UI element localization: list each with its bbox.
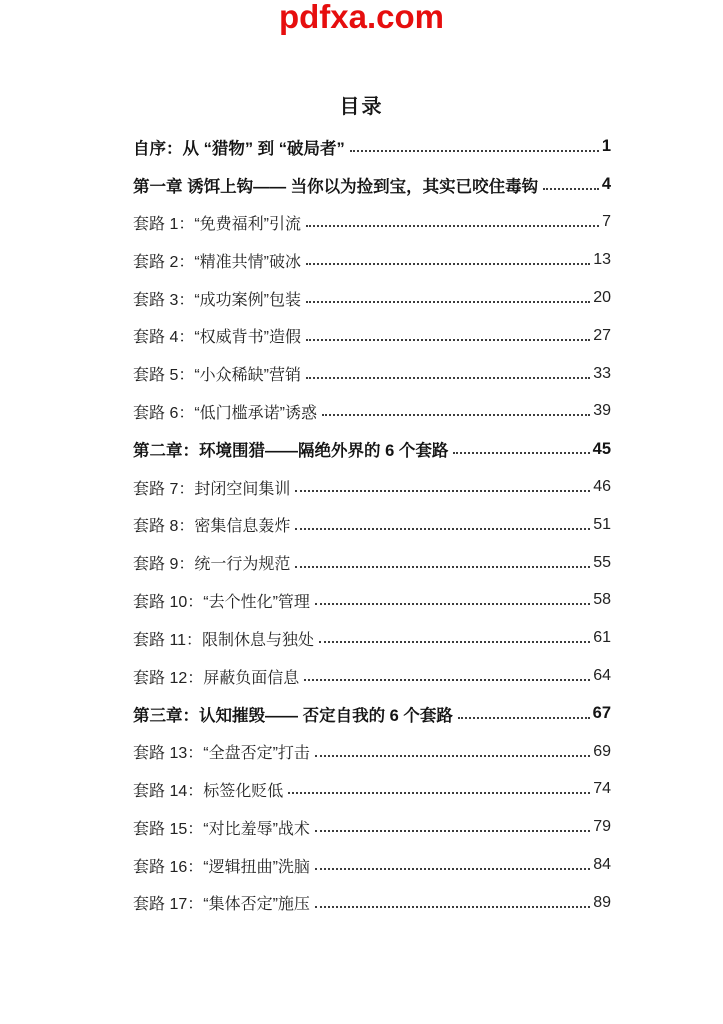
dot-leader [322,414,590,416]
toc-entry-page-number: 89 [593,894,611,912]
toc-entry[interactable]: 自序：从 “猎物” 到 “破局者” 1 [133,128,611,166]
toc-entry[interactable]: 套路 16：“逻辑扭曲”洗脑 84 [133,846,611,884]
toc-entry[interactable]: 套路 3：“成功案例”包装 20 [133,279,611,317]
toc-entry-title: 套路 1：“免费福利”引流 [133,211,301,234]
toc-entry-title: 套路 14：标签化贬低 [133,778,283,801]
dot-leader [543,188,599,190]
toc-entry-title: 套路 7：封闭空间集训 [133,476,290,499]
toc-entry-page-number: 20 [593,289,611,307]
dot-leader [315,868,590,870]
toc-entry-page-number: 45 [593,440,611,459]
toc-entry[interactable]: 套路 7：封闭空间集训 46 [133,468,611,506]
toc-entry-title: 套路 6：“低门槛承诺”诱惑 [133,400,317,423]
page-title: 目录 [0,90,723,119]
dot-leader [315,906,590,908]
toc-entry-title: 套路 9：统一行为规范 [133,551,290,574]
dot-leader [306,377,590,379]
toc-entry-page-number: 74 [593,780,611,798]
toc-entry-page-number: 69 [593,743,611,761]
toc-entry-page-number: 4 [602,175,611,194]
toc-entry-page-number: 64 [593,667,611,685]
toc-entry[interactable]: 套路 6：“低门槛承诺”诱惑 39 [133,393,611,431]
dot-leader [315,755,590,757]
toc-entry-page-number: 7 [602,213,611,231]
toc-entry-title: 套路 13：“全盘否定”打击 [133,740,310,763]
toc-entry[interactable]: 套路 9：统一行为规范 55 [133,544,611,582]
toc-entry[interactable]: 第三章：认知摧毁—— 否定自我的 6 个套路 67 [133,695,611,733]
toc-entry-title: 套路 11：限制休息与独处 [133,627,314,650]
toc-entry[interactable]: 套路 10：“去个性化”管理 58 [133,582,611,620]
toc-entry-title: 套路 10：“去个性化”管理 [133,589,310,612]
toc-entry-title: 第一章 诱饵上钩—— 当你以为捡到宝，其实已咬住毒钩 [133,173,538,197]
toc-entry-title: 套路 2：“精准共情”破冰 [133,249,301,272]
toc-entry-title: 第三章：认知摧毁—— 否定自我的 6 个套路 [133,702,453,726]
toc-entry-title: 套路 5：“小众稀缺”营销 [133,362,301,385]
toc-entry[interactable]: 套路 8：密集信息轰炸 51 [133,506,611,544]
toc-entry-title: 套路 4：“权威背书”造假 [133,324,301,347]
toc-entry[interactable]: 套路 12：屏蔽负面信息 64 [133,657,611,695]
toc-entry-page-number: 46 [593,478,611,496]
toc-entry-page-number: 55 [593,554,611,572]
toc-entry-page-number: 67 [593,704,611,723]
dot-leader [295,566,590,568]
dot-leader [453,452,589,454]
toc-entry-page-number: 1 [602,137,611,156]
toc-entry[interactable]: 套路 17：“集体否定”施压 89 [133,884,611,922]
toc-entry-title: 套路 8：密集信息轰炸 [133,513,290,536]
dot-leader [306,225,599,227]
dot-leader [306,339,590,341]
dot-leader [295,528,590,530]
toc-entry[interactable]: 套路 5：“小众稀缺”营销 33 [133,355,611,393]
dot-leader [458,717,590,719]
toc-entry[interactable]: 套路 15：“对比羞辱”战术 79 [133,808,611,846]
toc-entry[interactable]: 第一章 诱饵上钩—— 当你以为捡到宝，其实已咬住毒钩 4 [133,166,611,204]
toc-entry-title: 自序：从 “猎物” 到 “破局者” [133,135,345,159]
toc-entry-page-number: 84 [593,856,611,874]
toc-entry[interactable]: 套路 2：“精准共情”破冰 13 [133,241,611,279]
dot-leader [350,150,599,152]
toc-entry-page-number: 79 [593,818,611,836]
toc-entry-page-number: 27 [593,327,611,345]
toc-entry-page-number: 51 [593,516,611,534]
dot-leader [319,641,590,643]
toc-entry-page-number: 61 [593,629,611,647]
dot-leader [315,830,590,832]
toc-entry-title: 套路 12：屏蔽负面信息 [133,665,299,688]
dot-leader [315,603,590,605]
toc-entry[interactable]: 套路 4：“权威背书”造假 27 [133,317,611,355]
toc-entry[interactable]: 套路 11：限制休息与独处 61 [133,619,611,657]
toc-entry-title: 套路 15：“对比羞辱”战术 [133,816,310,839]
dot-leader [288,792,590,794]
toc-entry-title: 套路 16：“逻辑扭曲”洗脑 [133,854,310,877]
dot-leader [306,301,590,303]
dot-leader [304,679,590,681]
toc-entry[interactable]: 套路 1：“免费福利”引流 7 [133,204,611,242]
dot-leader [306,263,590,265]
toc-entry[interactable]: 套路 13：“全盘否定”打击 69 [133,733,611,771]
toc-entry[interactable]: 套路 14：标签化贬低 74 [133,771,611,809]
dot-leader [295,490,590,492]
watermark-pdfxa: pdfxa.com [0,0,723,37]
toc-entry-title: 套路 17：“集体否定”施压 [133,891,310,914]
toc-entry-page-number: 58 [593,591,611,609]
toc-entry-title: 第二章：环境围猎——隔绝外界的 6 个套路 [133,437,448,461]
toc-entry-page-number: 33 [593,365,611,383]
toc-entry-page-number: 13 [593,251,611,269]
table-of-contents: 自序：从 “猎物” 到 “破局者” 1 第一章 诱饵上钩—— 当你以为捡到宝，其… [133,128,611,922]
toc-entry-page-number: 39 [593,402,611,420]
toc-entry[interactable]: 第二章：环境围猎——隔绝外界的 6 个套路 45 [133,430,611,468]
toc-entry-title: 套路 3：“成功案例”包装 [133,287,301,310]
